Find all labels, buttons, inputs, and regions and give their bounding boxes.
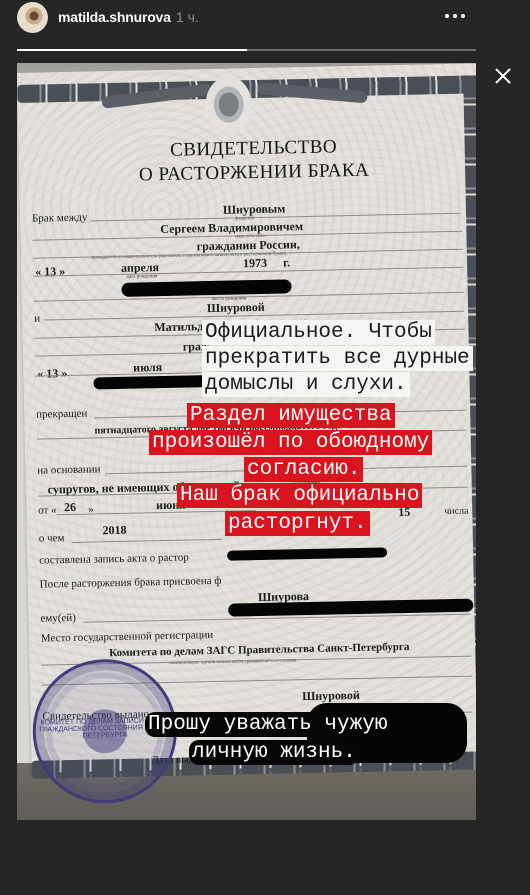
story-progress-bar <box>17 49 476 51</box>
label-marriage-between: Брак между <box>32 212 88 225</box>
story-media[interactable]: СВИДЕТЕЛЬСТВО О РАСТОРЖЕНИИ БРАКА Брак м… <box>17 63 476 820</box>
caption-red-line: Наш брак официально <box>177 483 422 508</box>
caption-black-line: Прошу уважать чужую <box>145 712 390 737</box>
story-progress-fill <box>17 49 247 51</box>
husband-surname: Шнуровым <box>223 201 286 217</box>
caption-red-line: согласию. <box>244 457 363 482</box>
caption-red-line: расторгнут. <box>225 511 370 536</box>
caption-red-line: произошёл по обоюдному <box>149 430 432 455</box>
caption-black-line: личную жизнь. <box>189 740 359 765</box>
wife-surname: Шнуровой <box>207 300 265 316</box>
timestamp: 1 ч. <box>176 9 199 25</box>
caption-white-line: прекратить все дурные <box>202 346 473 371</box>
username-link[interactable]: matilda.shnurova <box>58 9 171 25</box>
more-options-icon[interactable] <box>445 9 469 23</box>
caption-white-line: Официальное. Чтобы <box>202 320 435 345</box>
close-icon[interactable] <box>491 64 515 88</box>
story-header: matilda.shnurova 1 ч. <box>0 0 530 40</box>
caption-red-line: Раздел имущества <box>187 403 395 428</box>
redaction-birthplace-2 <box>93 375 213 390</box>
caption-white-line: домыслы и слухи. <box>202 372 410 397</box>
avatar[interactable] <box>17 2 48 33</box>
coat-of-arms-icon <box>205 76 252 133</box>
